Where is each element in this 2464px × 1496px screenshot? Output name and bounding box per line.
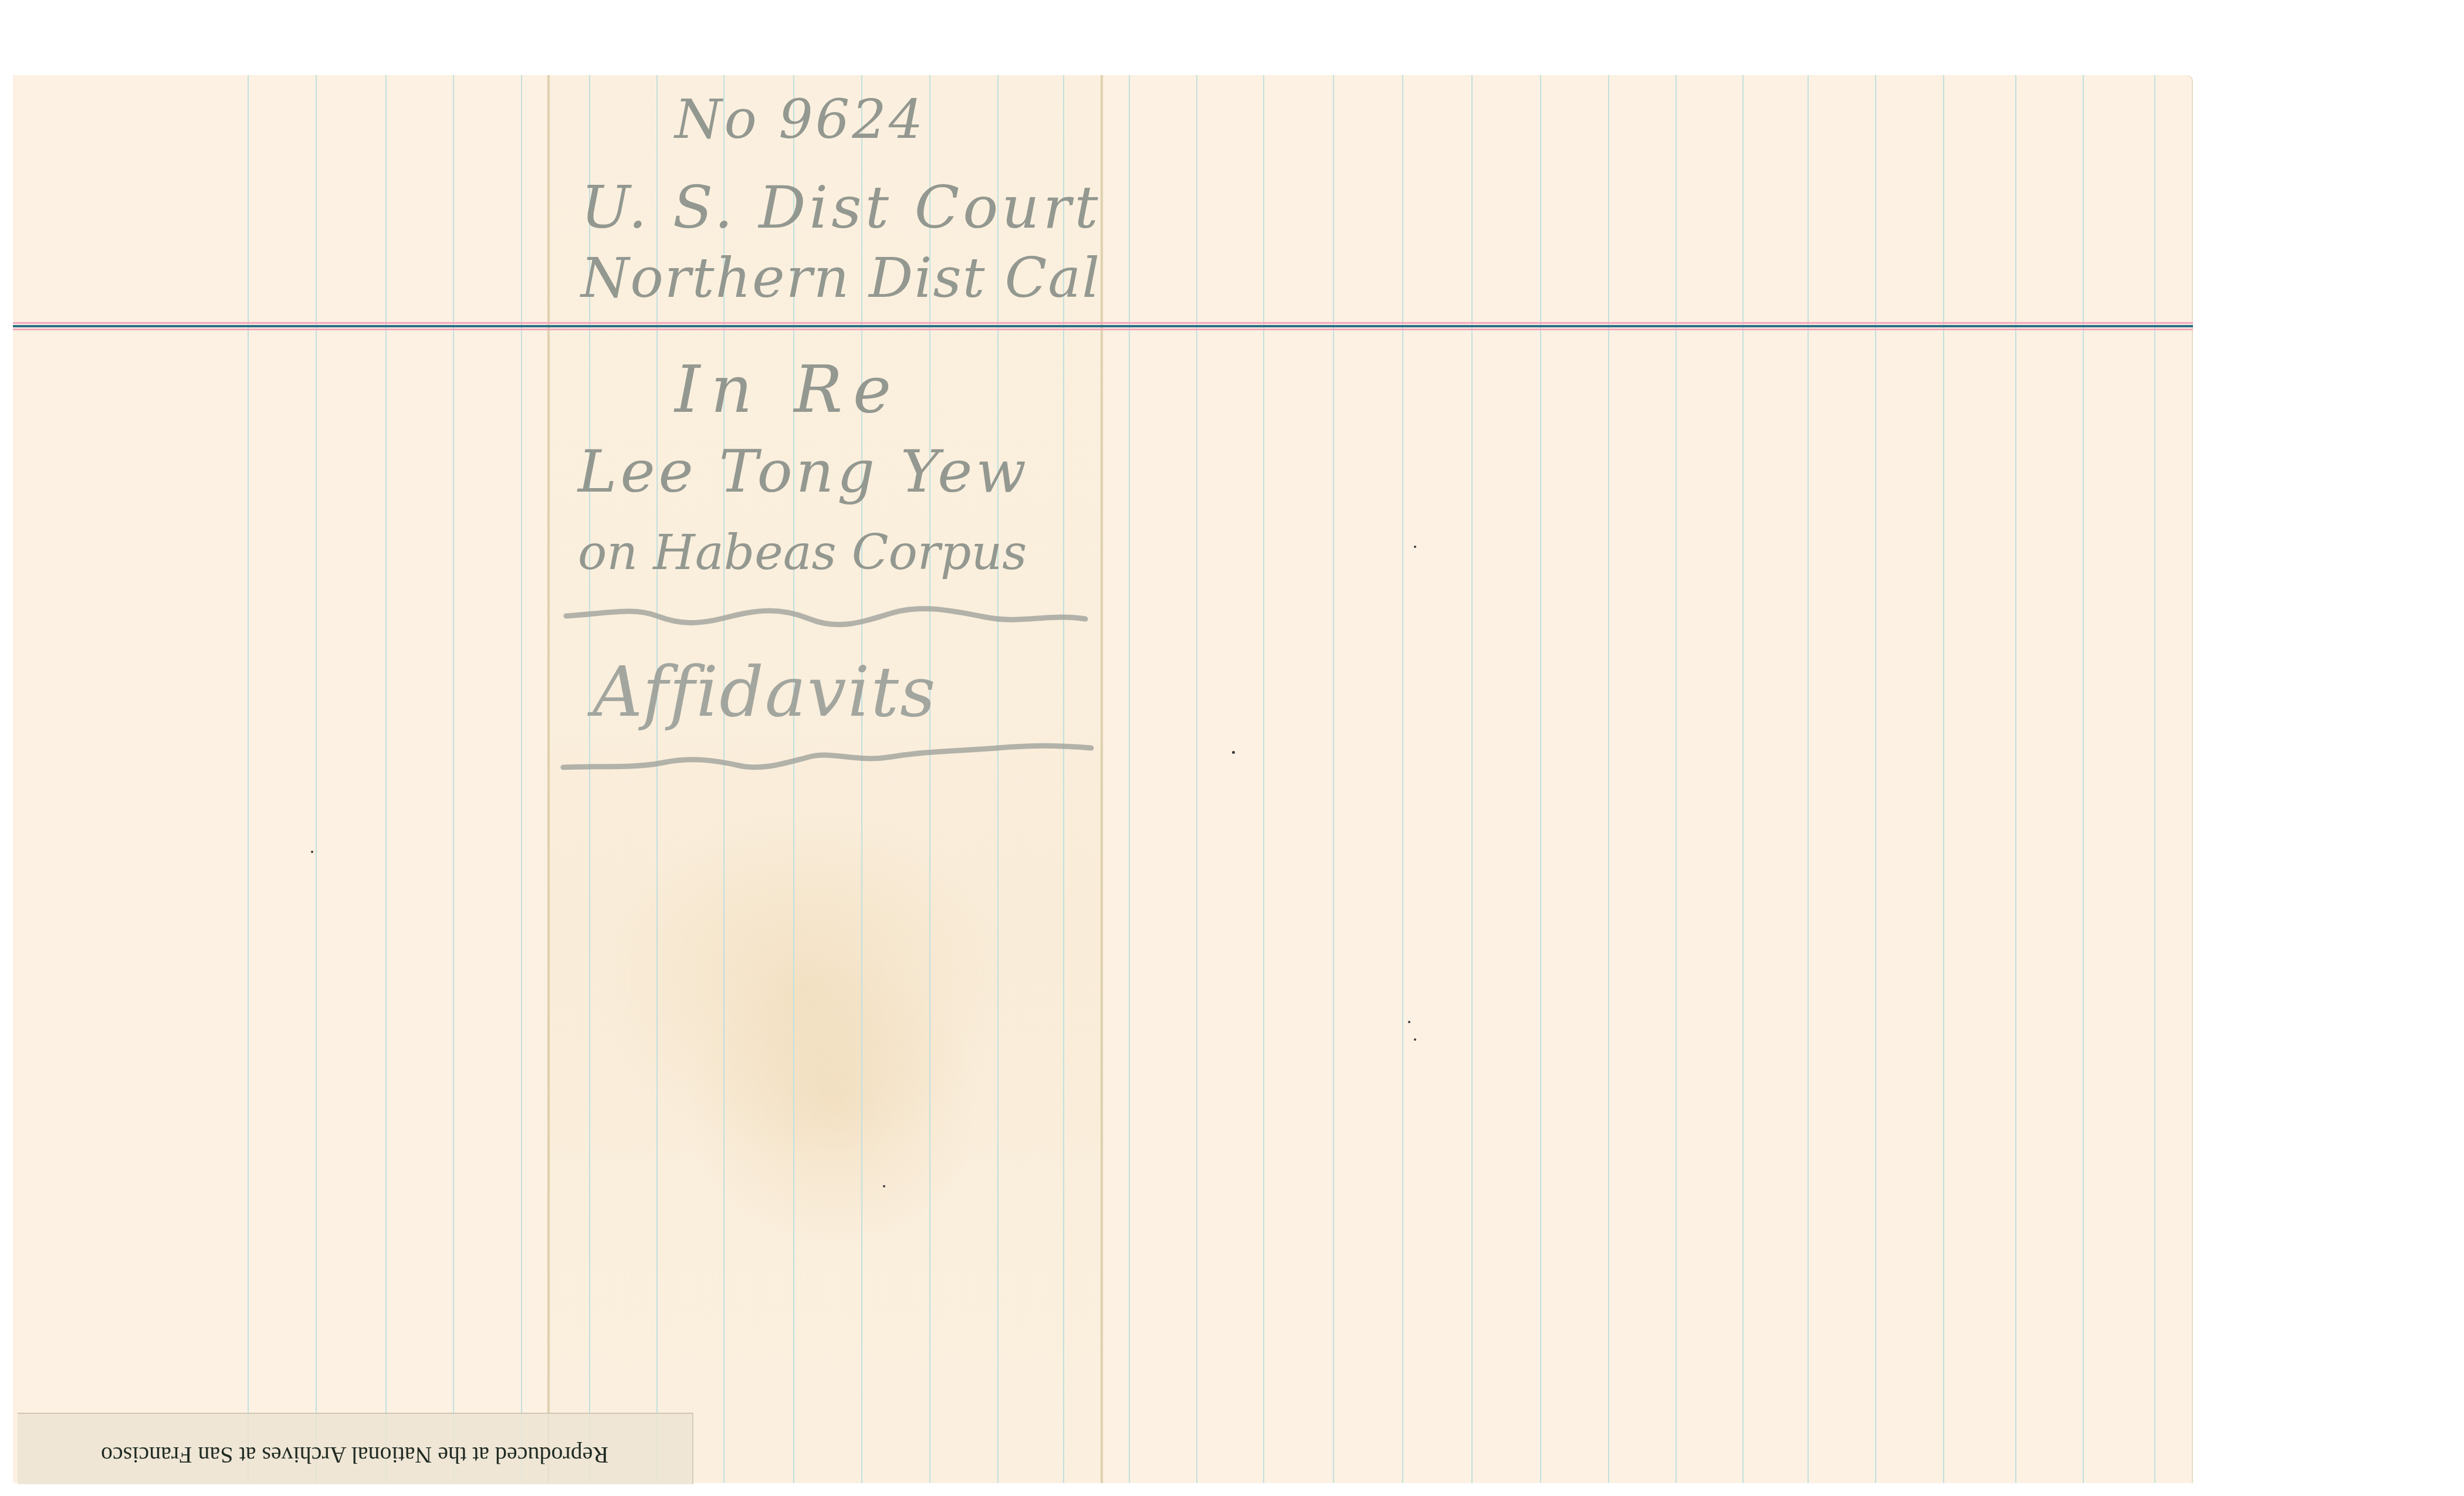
fold-crease-left (547, 75, 550, 1483)
handwritten-party-name: Lee Tong Yew (578, 437, 1030, 506)
handwritten-matter: on Habeas Corpus (578, 525, 1027, 581)
document-page (13, 75, 2193, 1483)
ruled-line-vertical (385, 75, 387, 1483)
paper-speck (1414, 546, 1416, 548)
ruled-line-vertical (1943, 75, 1944, 1483)
paper-speck (1408, 1021, 1410, 1023)
ruled-line-vertical (1608, 75, 1609, 1483)
paper-speck (311, 851, 313, 853)
ruled-line-vertical (1808, 75, 1809, 1483)
ruled-line-vertical (1742, 75, 1744, 1483)
ruled-line-vertical (1676, 75, 1677, 1483)
paper-speck (1232, 751, 1235, 754)
ruled-line-vertical (1129, 75, 1130, 1483)
paper-speck (883, 1185, 885, 1187)
ruled-line-vertical (521, 75, 522, 1483)
handwritten-in-re: In Re (675, 352, 902, 427)
header-rule-pink-top (13, 322, 2193, 324)
archive-reproduction-stamp: Reproduced at the National Archives at S… (18, 1413, 693, 1484)
handwritten-case-number: No 9624 (675, 88, 925, 151)
ruled-line-vertical (453, 75, 454, 1483)
paper-speck (1414, 1038, 1416, 1041)
ruled-line-vertical (1263, 75, 1264, 1483)
ruled-line-vertical (1333, 75, 1334, 1483)
ruled-line-vertical (2154, 75, 2155, 1483)
ruled-line-vertical (1471, 75, 1473, 1483)
ruled-line-vertical (1402, 75, 1403, 1483)
handwritten-court-line-1: U. S. Dist Court (581, 173, 1102, 242)
stamp-text: Reproduced at the National Archives at S… (101, 1441, 608, 1469)
ruled-line-vertical (248, 75, 249, 1483)
header-rule-blue (13, 325, 2193, 327)
ruled-line-vertical (2083, 75, 2084, 1483)
ruled-line-vertical (1196, 75, 1197, 1483)
age-stain (688, 955, 981, 1248)
handwritten-court-line-2: Northern Dist Cal (581, 246, 1101, 310)
ruled-line-vertical (2015, 75, 2016, 1483)
ruled-line-vertical (1875, 75, 1876, 1483)
ruled-line-vertical (316, 75, 317, 1483)
header-rule-pink-bottom (13, 329, 2193, 330)
handwritten-document-type: Affidavits (593, 651, 937, 732)
ruled-line-vertical (1540, 75, 1541, 1483)
